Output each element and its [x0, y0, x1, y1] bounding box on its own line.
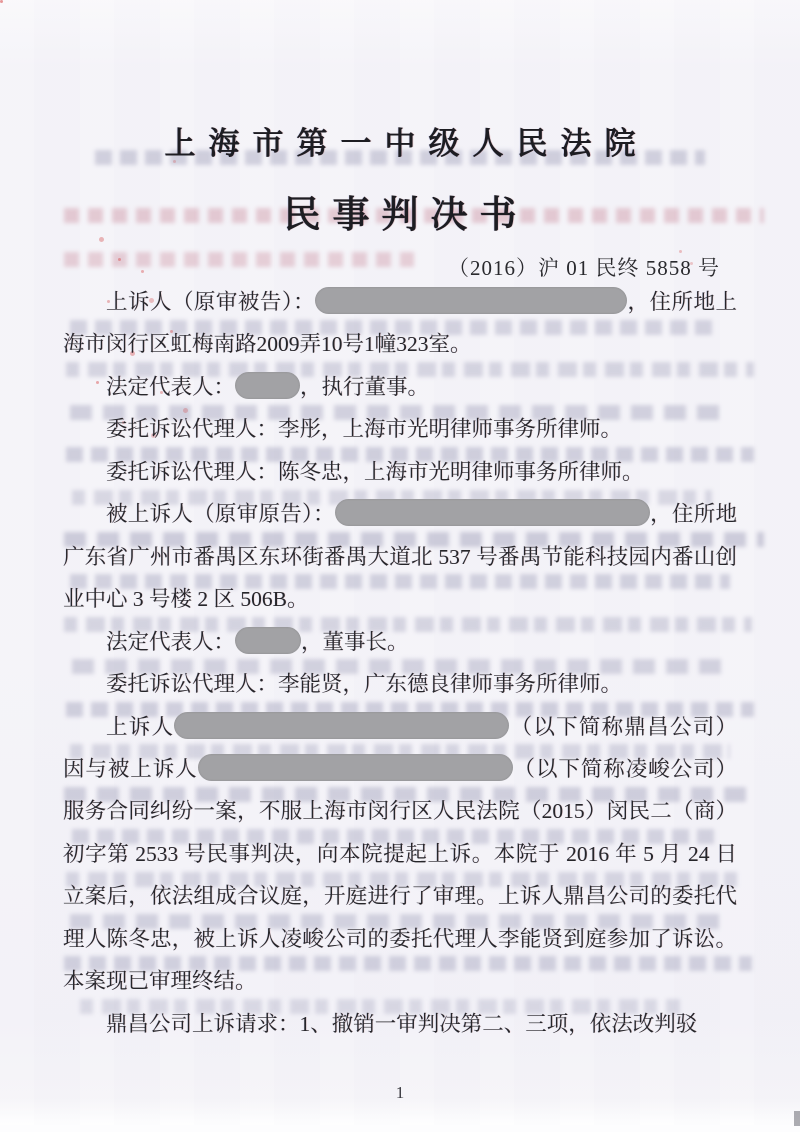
- text-run: （以下简称凌峻公司）服务合同纠纷一案，不服上海市闵行区人民法院（2015）闵民二…: [63, 757, 737, 993]
- text-run: 上诉人（原审被告）：: [106, 290, 315, 314]
- scan-edge-artifact: [794, 1111, 800, 1126]
- court-name-heading: 上海市第一中级人民法院: [0, 118, 800, 163]
- redaction-bar: [315, 287, 627, 314]
- text-run: ，董事长。: [301, 630, 409, 654]
- redaction-bar: [174, 712, 509, 739]
- para-attorney-chen-dongzhong: 委托诉讼代理人：陈冬忠，上海市光明律师事务所律师。: [63, 451, 737, 493]
- text-run: 被上诉人（原审原告）：: [106, 502, 335, 526]
- redaction-bar: [335, 499, 650, 526]
- judgment-body: 上诉人（原审被告）：，住所地上海市闵行区虹梅南路2009弄10号1幢323室。 …: [63, 281, 737, 1045]
- para-attorney-li-tong: 委托诉讼代理人：李彤，上海市光明律师事务所律师。: [63, 408, 737, 450]
- document-type-heading: 民事判决书: [0, 184, 800, 238]
- para-appellant-legal-rep: 法定代表人：，执行董事。: [63, 366, 737, 408]
- case-number: （2016）沪 01 民终 5858 号: [448, 252, 720, 282]
- redaction-bar: [198, 754, 513, 781]
- redaction-bar: [235, 372, 300, 399]
- redaction-bar: [235, 627, 301, 654]
- text-run: 委托诉讼代理人：陈冬忠，上海市光明律师事务所律师。: [106, 460, 644, 484]
- para-appellee: 被上诉人（原审原告）：，住所地广东省广州市番禺区东环街番禺大道北 537 号番禺…: [63, 493, 737, 620]
- para-appellant: 上诉人（原审被告）：，住所地上海市闵行区虹梅南路2009弄10号1幢323室。: [63, 281, 737, 366]
- page-number: 1: [0, 1083, 800, 1103]
- para-case-intro: 上诉人（以下简称鼎昌公司）因与被上诉人（以下简称凌峻公司）服务合同纠纷一案，不服…: [63, 706, 737, 1003]
- scanned-judgment-page: 上海市第一中级人民法院 民事判决书 （2016）沪 01 民终 5858 号 上…: [0, 0, 800, 1132]
- para-appeal-request: 鼎昌公司上诉请求：1、撤销一审判决第二、三项，依法改判驳: [63, 1003, 737, 1045]
- text-run: 法定代表人：: [106, 375, 235, 399]
- para-appellee-legal-rep: 法定代表人：，董事长。: [63, 621, 737, 663]
- text-run: ，执行董事。: [300, 375, 429, 399]
- text-run: 委托诉讼代理人：李能贤，广东德良律师事务所律师。: [106, 672, 622, 696]
- red-stamp-bleed-speckles: [0, 0, 3, 3]
- para-attorney-li-nengxian: 委托诉讼代理人：李能贤，广东德良律师事务所律师。: [63, 663, 737, 705]
- scan-bottom-edge: [0, 1125, 800, 1132]
- text-run: 法定代表人：: [106, 630, 235, 654]
- text-run: 上诉人: [106, 715, 174, 739]
- text-run: 委托诉讼代理人：李彤，上海市光明律师事务所律师。: [106, 417, 622, 441]
- text-run: 鼎昌公司上诉请求：1、撤销一审判决第二、三项，依法改判驳: [106, 1012, 697, 1036]
- bleed-through-line: [64, 252, 414, 267]
